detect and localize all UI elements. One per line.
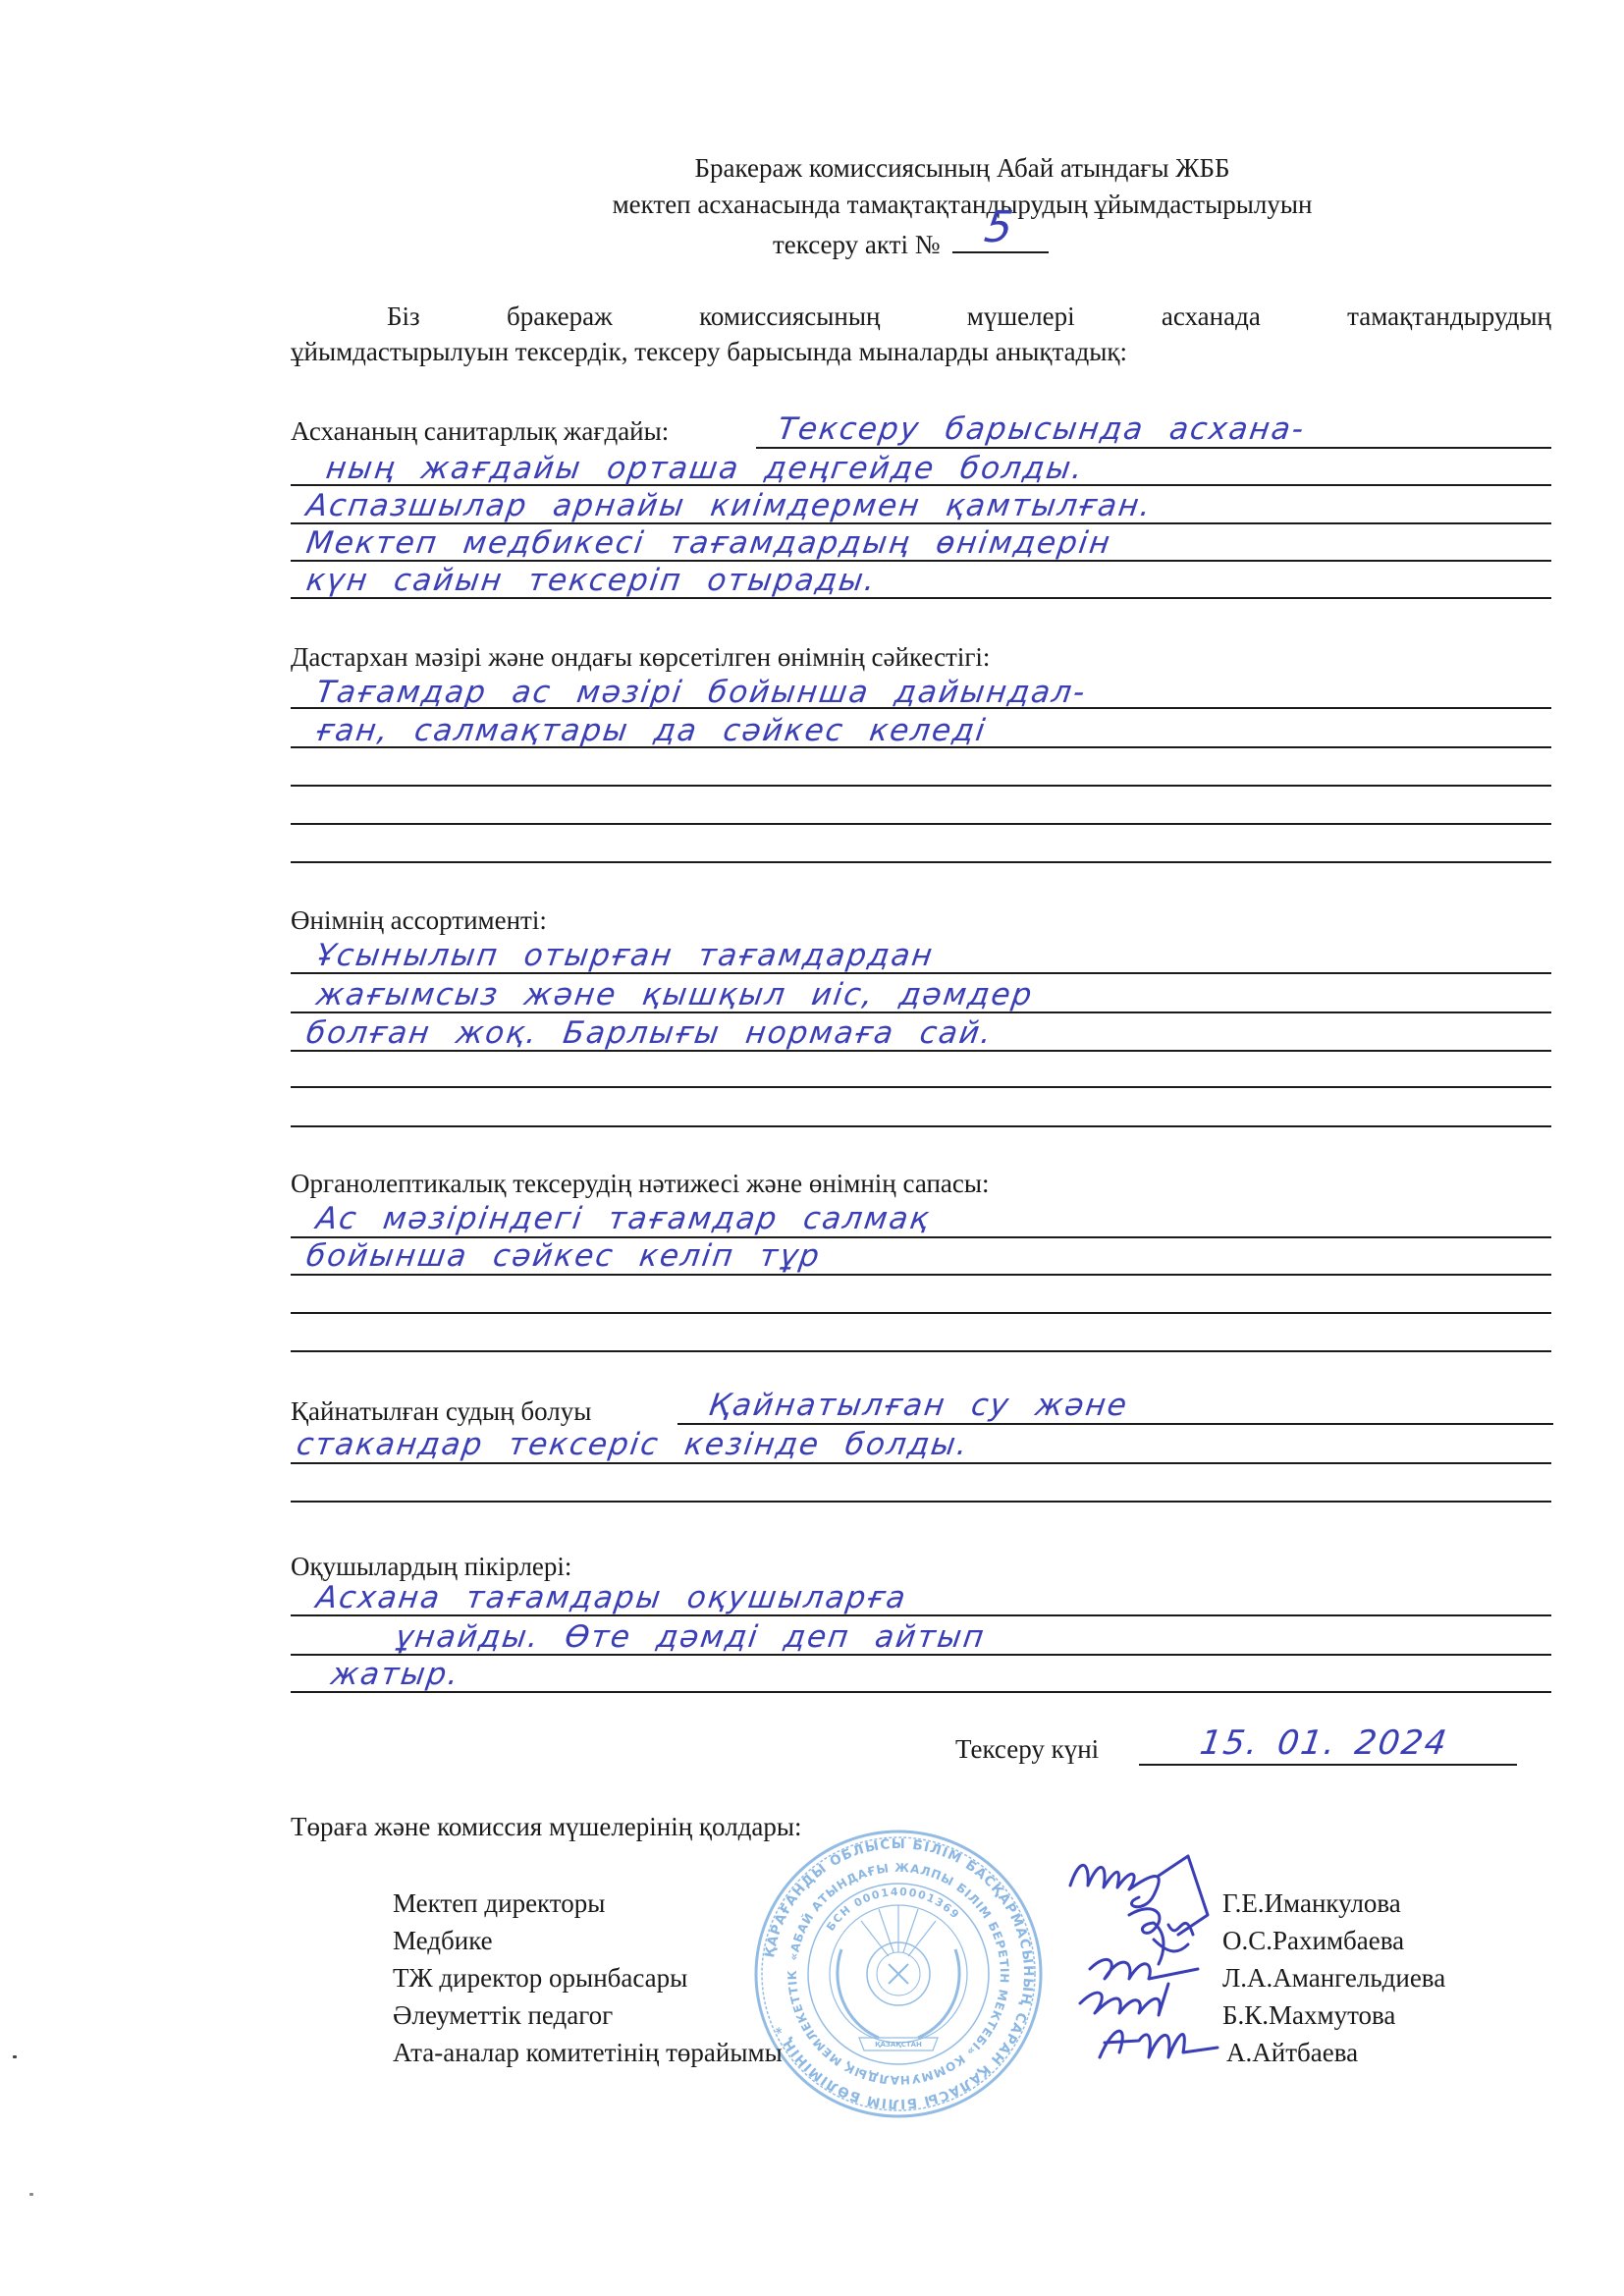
scan-speck <box>13 2055 17 2058</box>
ruled-line <box>291 1274 1551 1276</box>
handwritten-line[interactable]: жағымсыз және қышқыл иіс, дәмдер <box>314 980 1035 1011</box>
role: Әлеуметтік педагог <box>393 1996 783 2034</box>
scan-speck <box>29 2193 33 2196</box>
ruled-line <box>291 1125 1551 1127</box>
member-name: Г.Е.Иманкулова <box>1222 1885 1445 1922</box>
section-label: Оқушылардың пікірлері: <box>291 1554 571 1580</box>
handwritten-line[interactable]: стакандар тексеріс кезінде болды. <box>295 1430 971 1460</box>
handwritten-line[interactable]: Тағамдар ас мәзірі бойынша дайындал- <box>314 678 1088 708</box>
section-label: Өнімнің ассортименті: <box>291 907 547 934</box>
role: ТЖ директор орынбасары <box>393 1959 783 1996</box>
handwritten-line[interactable]: Қайнатылған су және <box>707 1391 1130 1421</box>
stamp-bin: БСН 000140001369 <box>824 1886 962 1934</box>
handwritten-line[interactable]: Ас мәзіріндегі тағамдар салмақ <box>314 1204 932 1234</box>
act-number-field[interactable]: 5 <box>952 228 1049 253</box>
ruled-line <box>291 1462 1551 1464</box>
handwritten-line[interactable]: жатыр. <box>329 1660 461 1690</box>
handwritten-line[interactable]: ған, салмақтары да сәйкес келеді <box>314 716 989 746</box>
ruled-line <box>291 861 1551 863</box>
handwritten-line[interactable]: ның жағдайы орташа деңгейде болды. <box>324 454 1086 484</box>
signature-roles: Мектеп директоры Медбике ТЖ директор оры… <box>393 1885 783 2071</box>
signature-parent <box>1100 2031 1218 2057</box>
handwritten-line[interactable]: Мектеп медбикесі тағамдардың өнімдерін <box>304 528 1113 559</box>
signature-social <box>1080 1984 1168 2015</box>
handwritten-line[interactable]: Ұсынылып отырған тағамдардан <box>314 941 936 971</box>
section-label: Органолептикалық тексерудің нәтижесі жән… <box>291 1171 990 1197</box>
section-label: Қайнатылған судың болуы <box>291 1398 591 1425</box>
handwritten-line[interactable]: Тексеру барысында асхана- <box>776 414 1307 445</box>
section-label: Дастархан мәзірі және ондағы көрсетілген… <box>291 644 990 671</box>
handwritten-line[interactable]: Асхана тағамдары оқушыларға <box>314 1583 909 1613</box>
member-name: Л.А.Амангельдиева <box>1222 1959 1445 1996</box>
role: Ата-аналар комитетінің төрайымы <box>393 2034 783 2071</box>
signature-nurse <box>1129 1909 1193 1964</box>
stamp-ribbon: ҚАЗАҚСТАН <box>875 2041 922 2049</box>
signature-names: Г.Е.Иманкулова О.С.Рахимбаева Л.А.Аманге… <box>1222 1885 1445 2071</box>
intro-line-2: ұйымдастырылуын тексердік, тексеру барыс… <box>291 334 1551 369</box>
signature-deputy <box>1090 1940 1198 1979</box>
ruled-line <box>677 1423 1553 1425</box>
act-number-value: 5 <box>982 206 1017 249</box>
member-name: О.С.Рахимбаева <box>1222 1922 1445 1959</box>
handwritten-line[interactable]: күн сайын тексеріп отырады. <box>304 566 879 596</box>
ruled-line <box>291 1312 1551 1314</box>
ruled-line <box>291 1691 1551 1693</box>
intro-line-1: Біз бракераж комиссиясының мүшелері асха… <box>291 299 1551 334</box>
ruled-line <box>291 1501 1551 1503</box>
title-line-2: мектеп асханасында тамақтақтандырудың ұй… <box>0 191 1624 218</box>
act-label: тексеру акті № <box>773 230 940 259</box>
title-line-1: Бракераж комиссиясының Абай атындағы ЖББ <box>0 155 1624 182</box>
member-name: А.Айтбаева <box>1222 2034 1445 2071</box>
title-line-3: тексеру акті № 5 <box>773 228 1049 260</box>
ruled-line <box>291 823 1551 825</box>
intro-paragraph: Біз бракераж комиссиясының мүшелері асха… <box>291 299 1551 369</box>
member-name: Б.К.Махмутова <box>1222 1996 1445 2034</box>
svg-text:БСН 000140001369: БСН 000140001369 <box>824 1886 962 1934</box>
ruled-line <box>291 785 1551 787</box>
handwritten-line[interactable]: Аспазшылар арнайы киімдермен қамтылған. <box>304 491 1154 521</box>
handwritten-line[interactable]: болған жоқ. Барлығы нормаға сай. <box>304 1018 995 1049</box>
date-label: Тексеру күні <box>955 1736 1099 1763</box>
section-label: Асхананың санитарлық жағдайы: <box>291 418 669 445</box>
date-underline <box>1139 1764 1517 1766</box>
role: Мектеп директоры <box>393 1885 783 1922</box>
date-value[interactable]: 15. 01. 2024 <box>1198 1726 1450 1760</box>
role: Медбике <box>393 1922 783 1959</box>
ruled-line <box>756 447 1551 449</box>
official-stamp: ҚАРАҒАНДЫ ОБЛЫСЫ БІЛІМ БАСҚАРМАСЫНЫҢ САР… <box>751 1827 1046 2121</box>
handwritten-line[interactable]: ұнайды. Өте дәмді деп айтып <box>393 1622 987 1653</box>
ruled-line <box>291 1086 1551 1088</box>
ruled-line <box>291 1350 1551 1352</box>
signatures-heading: Төраға және комиссия мүшелерінің қолдары… <box>291 1814 802 1840</box>
handwritten-line[interactable]: бойынша сәйкес келіп тұр <box>304 1241 823 1272</box>
